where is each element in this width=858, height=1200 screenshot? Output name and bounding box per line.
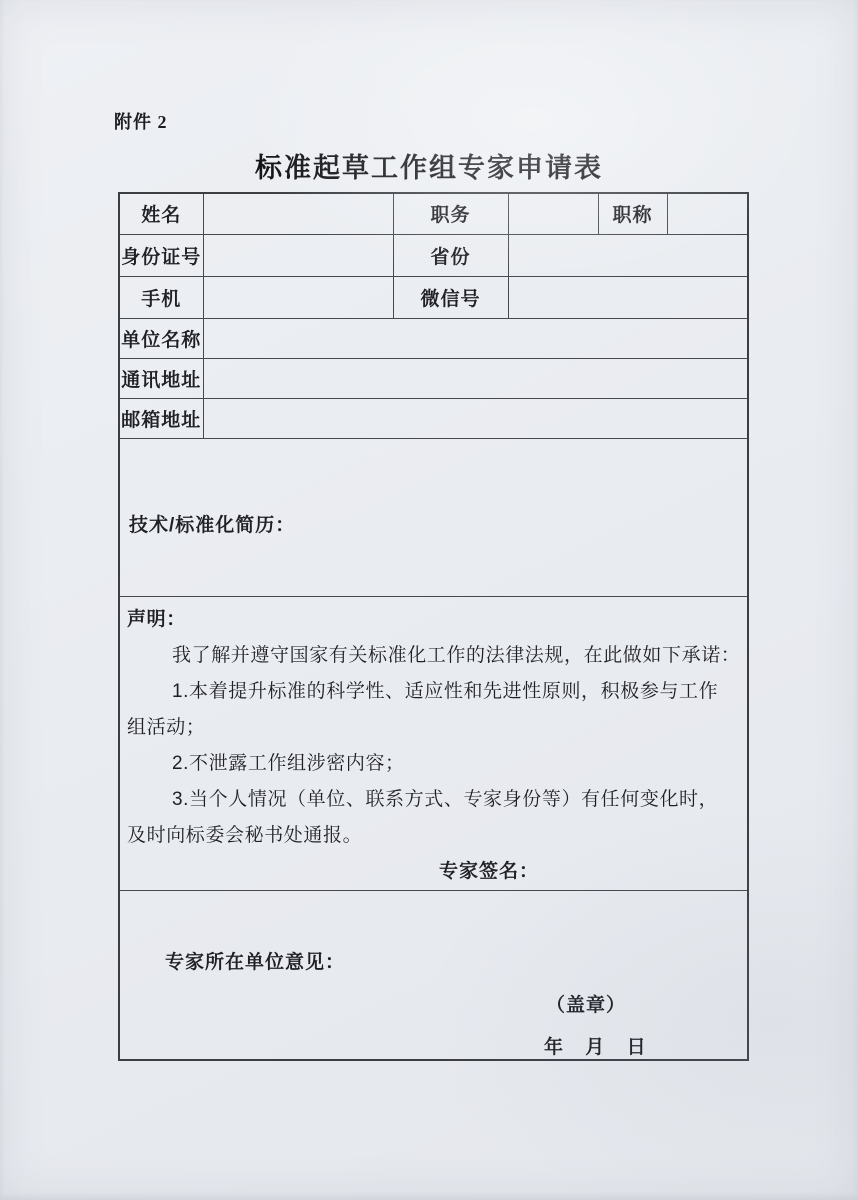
row-mobile-wechat: 手机 微信号 bbox=[119, 276, 748, 318]
form-title: 标准起草工作组专家申请表 bbox=[0, 146, 858, 185]
id-number-label: 身份证号 bbox=[119, 234, 203, 276]
wechat-label: 微信号 bbox=[393, 276, 508, 318]
name-value-cell bbox=[203, 193, 393, 234]
row-resume: 技术/标准化简历： bbox=[119, 438, 748, 596]
scanned-form-page: 附件 2 标准起草工作组专家申请表 姓名 职务 职称 身份证号 省份 手 bbox=[0, 0, 858, 1200]
job-title-label: 职称 bbox=[598, 193, 667, 234]
declaration-line: 及时向标委会秘书处通报。 bbox=[127, 818, 742, 854]
unit-opinion-label: 专家所在单位意见： bbox=[165, 947, 345, 974]
declaration-line: 1.本着提升标准的科学性、适应性和先进性原则，积极参与工作 bbox=[127, 674, 742, 710]
resume-label: 技术/标准化简历： bbox=[129, 515, 295, 536]
declaration-line: 3.当个人情况（单位、联系方式、专家身份等）有任何变化时， bbox=[127, 782, 742, 818]
day-label: 日 bbox=[627, 1032, 646, 1059]
row-email: 邮箱地址 bbox=[119, 398, 748, 438]
position-value-cell bbox=[508, 193, 598, 234]
declaration-section: 声明： 我了解并遵守国家有关标准化工作的法律法规，在此做如下承诺： 1.本着提升… bbox=[119, 596, 748, 890]
expert-signature-label: 专家签名： bbox=[127, 854, 742, 890]
mail-address-label: 通讯地址 bbox=[119, 358, 203, 398]
row-org-name: 单位名称 bbox=[119, 318, 748, 358]
email-value-cell bbox=[203, 398, 748, 438]
org-name-value-cell bbox=[203, 318, 748, 358]
year-label: 年 bbox=[544, 1032, 563, 1059]
id-number-value-cell bbox=[203, 234, 393, 276]
attachment-number: 附件 2 bbox=[114, 108, 168, 134]
mail-address-value-cell bbox=[203, 358, 748, 398]
job-title-value-cell bbox=[667, 193, 748, 234]
name-label: 姓名 bbox=[119, 193, 203, 234]
declaration-line: 组活动； bbox=[127, 710, 742, 746]
row-mail-address: 通讯地址 bbox=[119, 358, 748, 398]
seal-label: （盖章） bbox=[546, 990, 626, 1017]
declaration-line: 我了解并遵守国家有关标准化工作的法律法规，在此做如下承诺： bbox=[127, 638, 742, 674]
declaration-line: 2.不泄露工作组涉密内容； bbox=[127, 746, 742, 782]
unit-opinion-section: 专家所在单位意见： （盖章） 年 月 日 bbox=[119, 890, 748, 1060]
province-label: 省份 bbox=[393, 234, 508, 276]
expert-application-table: 姓名 职务 职称 身份证号 省份 手机 微信号 单位名称 bbox=[118, 192, 749, 1061]
month-label: 月 bbox=[585, 1032, 604, 1059]
mobile-label: 手机 bbox=[119, 276, 203, 318]
province-value-cell bbox=[508, 234, 748, 276]
row-declaration: 声明： 我了解并遵守国家有关标准化工作的法律法规，在此做如下承诺： 1.本着提升… bbox=[119, 596, 748, 890]
wechat-value-cell bbox=[508, 276, 748, 318]
declaration-heading: 声明： bbox=[127, 602, 742, 638]
row-name-position-title: 姓名 职务 职称 bbox=[119, 193, 748, 234]
position-label: 职务 bbox=[393, 193, 508, 234]
date-line: 年 月 日 bbox=[544, 1032, 646, 1059]
mobile-value-cell bbox=[203, 276, 393, 318]
resume-section: 技术/标准化简历： bbox=[119, 438, 748, 596]
email-label: 邮箱地址 bbox=[119, 398, 203, 438]
row-unit-opinion: 专家所在单位意见： （盖章） 年 月 日 bbox=[119, 890, 748, 1060]
org-name-label: 单位名称 bbox=[119, 318, 203, 358]
row-id-province: 身份证号 省份 bbox=[119, 234, 748, 276]
